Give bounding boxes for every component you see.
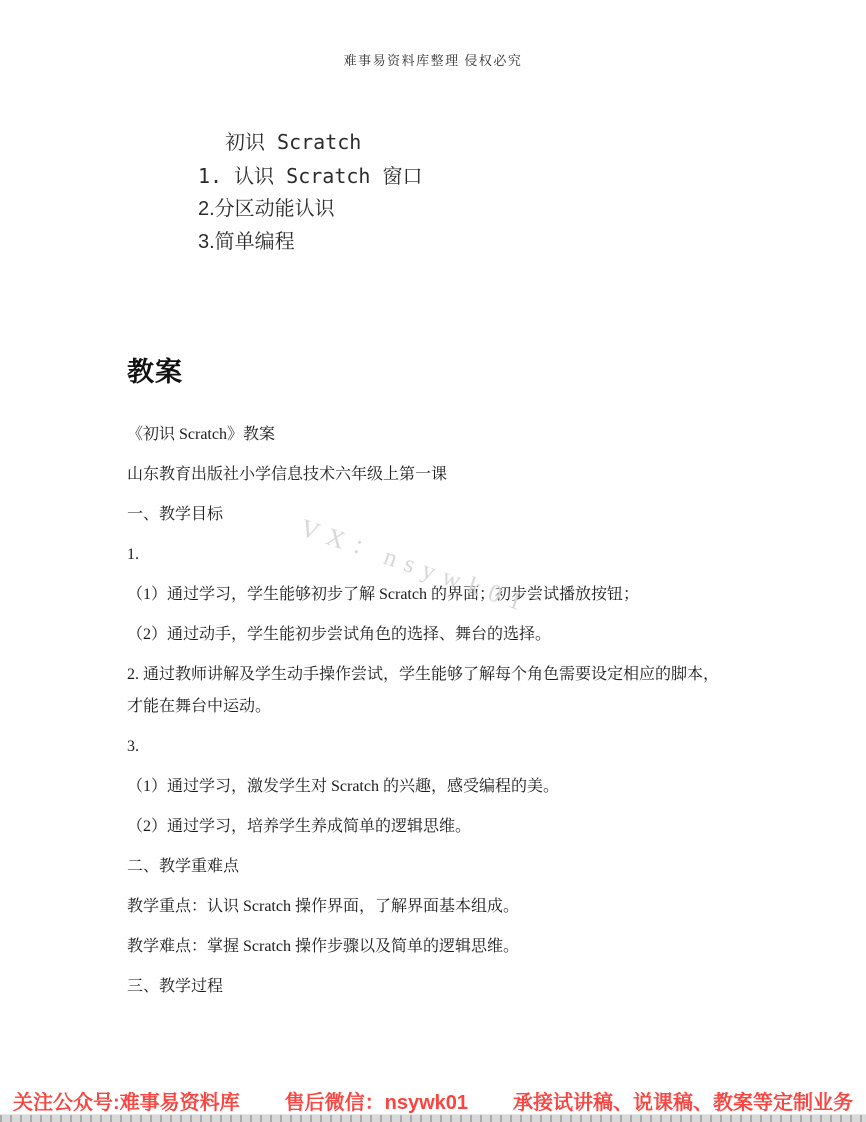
paragraph: 教学难点：掌握 Scratch 操作步骤以及简单的逻辑思维。 (127, 931, 727, 963)
paragraph: 教学重点：认识 Scratch 操作界面，了解界面基本组成。 (127, 891, 727, 923)
page-title: 教案 (127, 350, 727, 389)
paragraph: 二、教学重难点 (127, 851, 727, 883)
outline-item: 3.简单编程 (198, 226, 423, 259)
paragraph: （2）通过学习，培养学生养成简单的逻辑思维。 (127, 811, 727, 843)
copyright-note: 难事易资料库整理 侵权必究 (0, 50, 866, 69)
footer-services-text: 承接试讲稿、说课稿、教案等定制业务 (513, 1086, 853, 1115)
outline-list: 1. 认识 Scratch 窗口 2.分区动能认识 3.简单编程 (198, 160, 423, 259)
outline-item: 2.分区动能认识 (198, 193, 423, 226)
promo-footer-banner: 关注公众号:难事易资料库 售后微信：nsywk01 承接试讲稿、说课稿、教案等定… (0, 1086, 866, 1114)
footer-wechat-text: 售后微信：nsywk01 (285, 1086, 468, 1115)
paragraph: 一、教学目标 (127, 499, 727, 531)
paragraph: 山东教育出版社小学信息技术六年级上第一课 (127, 459, 727, 491)
paragraph: （2）通过动手，学生能初步尝试角色的选择、舞台的选择。 (127, 619, 727, 651)
paragraph: （1）通过学习，激发学生对 Scratch 的兴趣，感受编程的美。 (127, 771, 727, 803)
paragraph-list: 《初识 Scratch》教案 山东教育出版社小学信息技术六年级上第一课 一、教学… (127, 419, 727, 1003)
paragraph: 2. 通过教师讲解及学生动手操作尝试，学生能够了解每个角色需要设定相应的脚本，才… (127, 659, 727, 723)
outline-item: 1. 认识 Scratch 窗口 (198, 160, 423, 193)
paragraph: 3. (127, 731, 727, 763)
document-page: { "top_note": "难事易资料库整理 侵权必究", "outline"… (0, 0, 866, 1122)
outline-title: 初识 Scratch (198, 126, 423, 159)
paragraph: 1. (127, 539, 727, 571)
paragraph: 三、教学过程 (127, 971, 727, 1003)
lesson-plan-body: 教案 《初识 Scratch》教案 山东教育出版社小学信息技术六年级上第一课 一… (127, 350, 727, 1011)
lesson-outline: 初识 Scratch 1. 认识 Scratch 窗口 2.分区动能认识 3.简… (198, 126, 423, 259)
paragraph: （1）通过学习，学生能够初步了解 Scratch 的界面；初步尝试播放按钮； (127, 579, 727, 611)
paragraph: 《初识 Scratch》教案 (127, 419, 727, 451)
bottom-ruler-strip (0, 1114, 866, 1122)
footer-account-text: 关注公众号:难事易资料库 (13, 1086, 240, 1115)
